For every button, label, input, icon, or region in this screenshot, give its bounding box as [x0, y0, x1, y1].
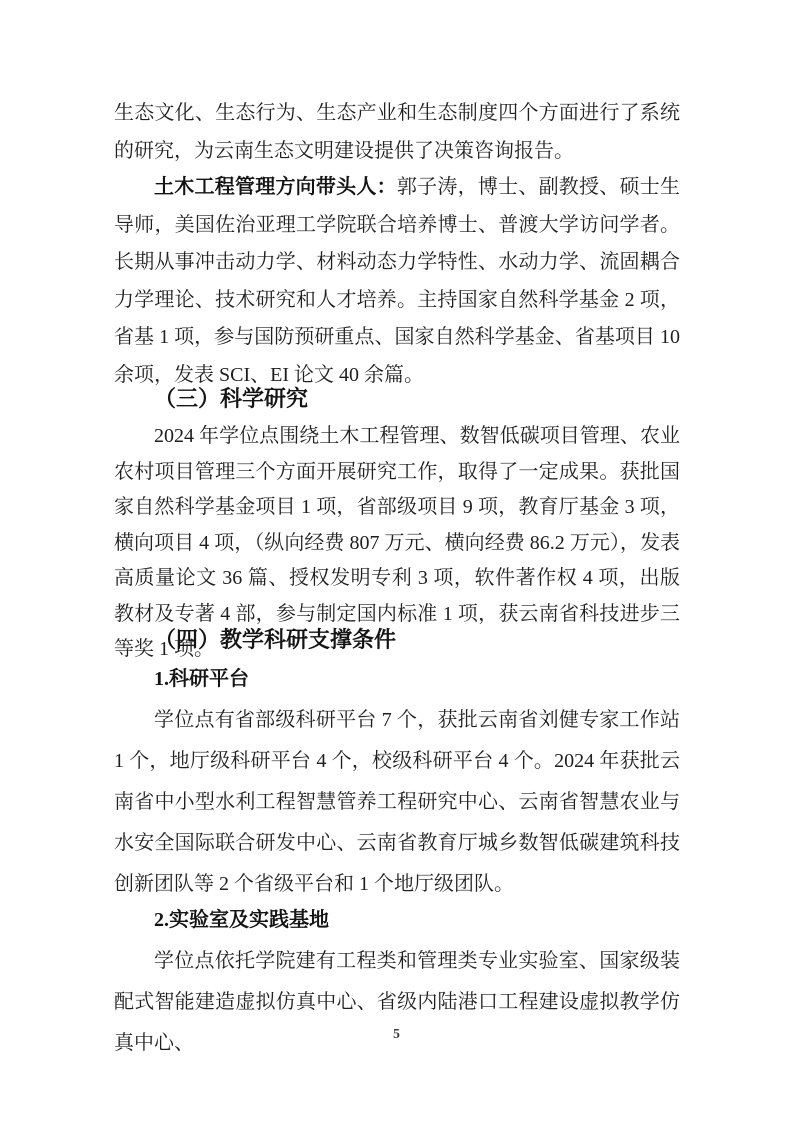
paragraph-platform-text: 学位点有省部级科研平台 7 个，获批云南省刘健专家工作站 1 个，地厅级科研平台…	[114, 700, 680, 905]
section-heading-support: （四）教学科研支撑条件	[114, 625, 680, 655]
subsection-lab: 2.实验室及实践基地	[114, 906, 680, 934]
paragraph-civil-engineering-leader-text: 土木工程管理方向带头人：郭子涛，博士、副教授、硕士生导师，美国佐治亚理工学院联合…	[114, 169, 680, 394]
subheading-research-platform: 1.科研平台	[114, 665, 680, 693]
subheading-lab-practice-base: 2.实验室及实践基地	[114, 906, 680, 934]
document-page: 生态文化、生态行为、生态产业和生态制度四个方面进行了系统的研究，为云南生态文明建…	[0, 0, 793, 1122]
page-number: 5	[0, 1026, 793, 1042]
leader-body: 郭子涛，博士、副教授、硕士生导师，美国佐治亚理工学院联合培养博士、普渡大学访问学…	[114, 176, 680, 386]
paragraph-civil-engineering-leader: 土木工程管理方向带头人：郭子涛，博士、副教授、硕士生导师，美国佐治亚理工学院联合…	[114, 169, 680, 394]
paragraph-ecology-continuation-text: 生态文化、生态行为、生态产业和生态制度四个方面进行了系统的研究，为云南生态文明建…	[114, 95, 680, 170]
paragraph-platform: 学位点有省部级科研平台 7 个，获批云南省刘健专家工作站 1 个，地厅级科研平台…	[114, 700, 680, 905]
paragraph-lab-text: 学位点依托学院建有工程类和管理类专业实验室、国家级装配式智能建造虚拟仿真中心、省…	[114, 941, 680, 1064]
heading-science-research: （三）科学研究	[114, 384, 680, 414]
subsection-platform: 1.科研平台	[114, 665, 680, 693]
leader-label: 土木工程管理方向带头人：	[154, 176, 397, 198]
heading-teaching-support: （四）教学科研支撑条件	[114, 625, 680, 655]
section-heading-science: （三）科学研究	[114, 384, 680, 414]
paragraph-ecology-continuation: 生态文化、生态行为、生态产业和生态制度四个方面进行了系统的研究，为云南生态文明建…	[114, 95, 680, 170]
paragraph-lab: 学位点依托学院建有工程类和管理类专业实验室、国家级装配式智能建造虚拟仿真中心、省…	[114, 941, 680, 1064]
